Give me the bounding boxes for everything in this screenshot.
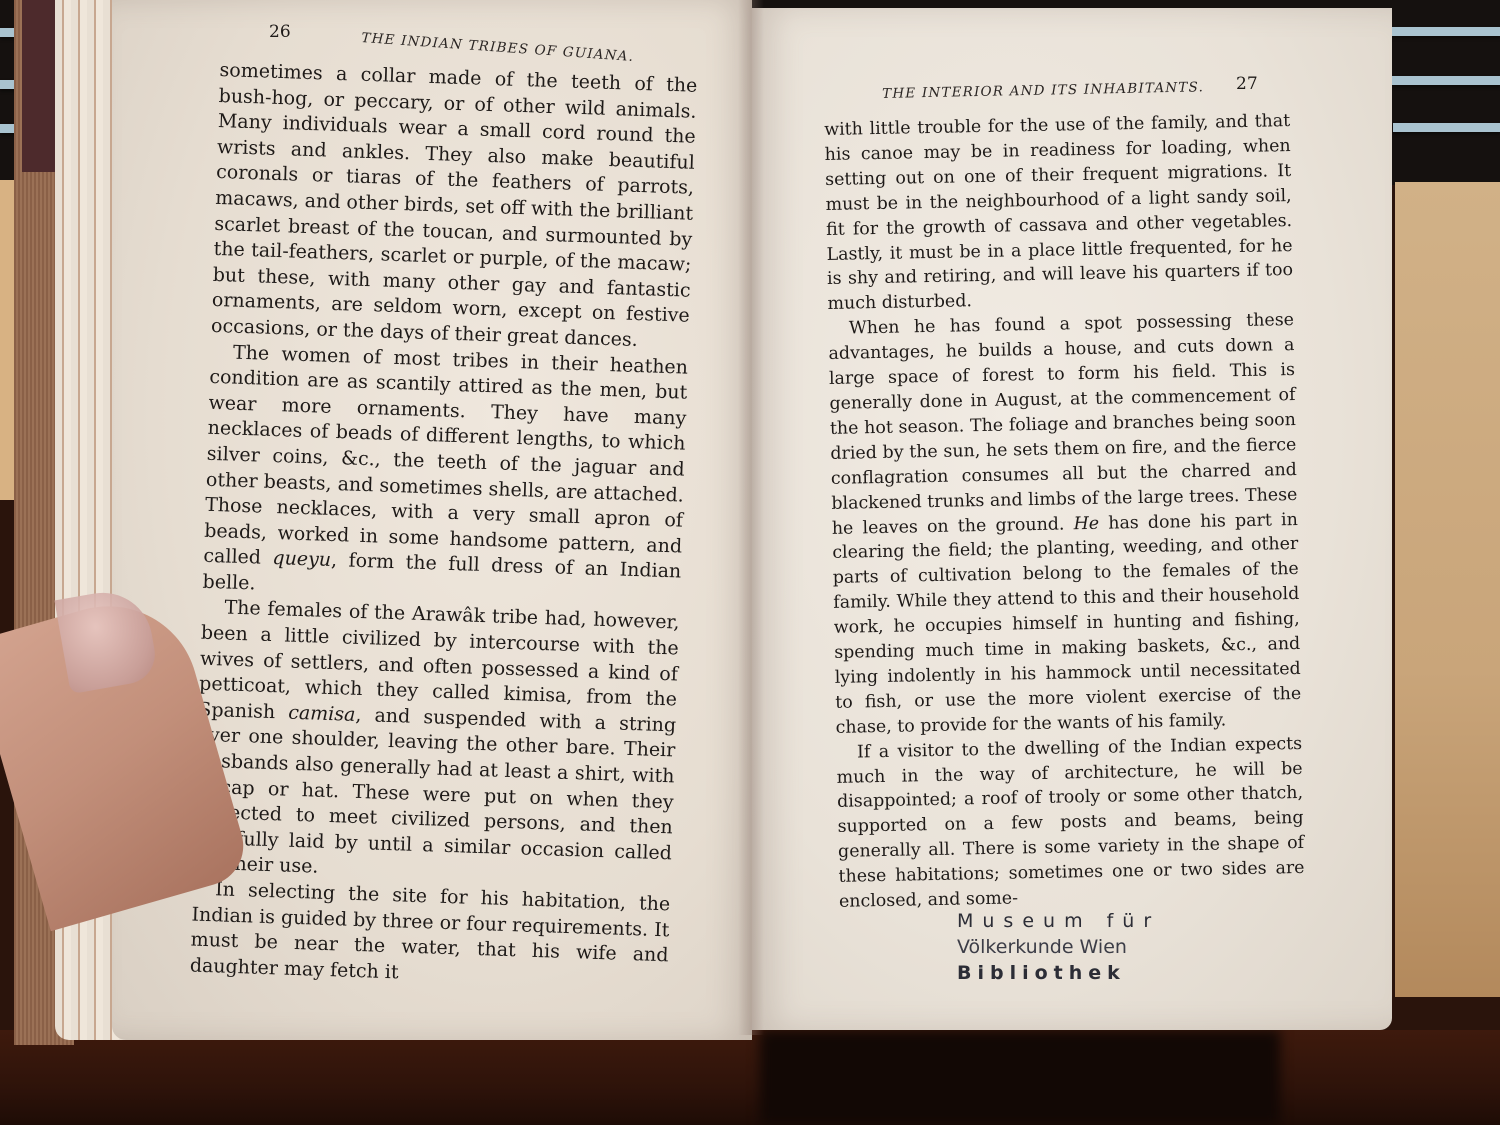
- right-page-body: with little trouble for the use of the f…: [824, 109, 1305, 915]
- running-head: THE INDIAN TRIBES OF GUIANA.: [361, 30, 635, 65]
- paragraph: When he has found a spot possessing thes…: [828, 308, 1302, 740]
- left-page-body: sometimes a collar made of the teeth of …: [189, 58, 697, 995]
- page-number: 26: [269, 22, 291, 42]
- paragraph: The females of the Arawâk tribe had, how…: [193, 595, 680, 892]
- italic-term: camisa: [288, 701, 356, 725]
- italic-term: He: [1073, 513, 1099, 533]
- blind-slat: [1392, 76, 1500, 85]
- library-stamp: Museum für Völkerkunde Wien Bibliothek: [957, 908, 1160, 986]
- blind-slat: [1393, 123, 1500, 132]
- running-head: THE INTERIOR AND ITS INHABITANTS.: [882, 79, 1204, 102]
- paragraph: If a visitor to the dwelling of the Indi…: [836, 732, 1305, 915]
- paragraph: In selecting the site for his habitation…: [189, 877, 670, 995]
- stamp-line: Völkerkunde Wien: [957, 934, 1160, 960]
- shadow: [760, 1030, 1280, 1125]
- stamp-line: Bibliothek: [957, 960, 1160, 986]
- stamp-line: Museum für: [957, 908, 1160, 934]
- book-gutter: [738, 0, 764, 1035]
- blind-slat: [1390, 27, 1500, 36]
- desk-surface: [1395, 182, 1500, 997]
- right-page: THE INTERIOR AND ITS INHABITANTS. 27 wit…: [752, 8, 1392, 1030]
- paragraph: The women of most tribes in their heathe…: [202, 339, 688, 611]
- page-number: 27: [1236, 74, 1258, 94]
- paragraph: sometimes a collar made of the teeth of …: [211, 58, 698, 355]
- paragraph: with little trouble for the use of the f…: [824, 109, 1294, 317]
- italic-term: queyu: [272, 547, 331, 571]
